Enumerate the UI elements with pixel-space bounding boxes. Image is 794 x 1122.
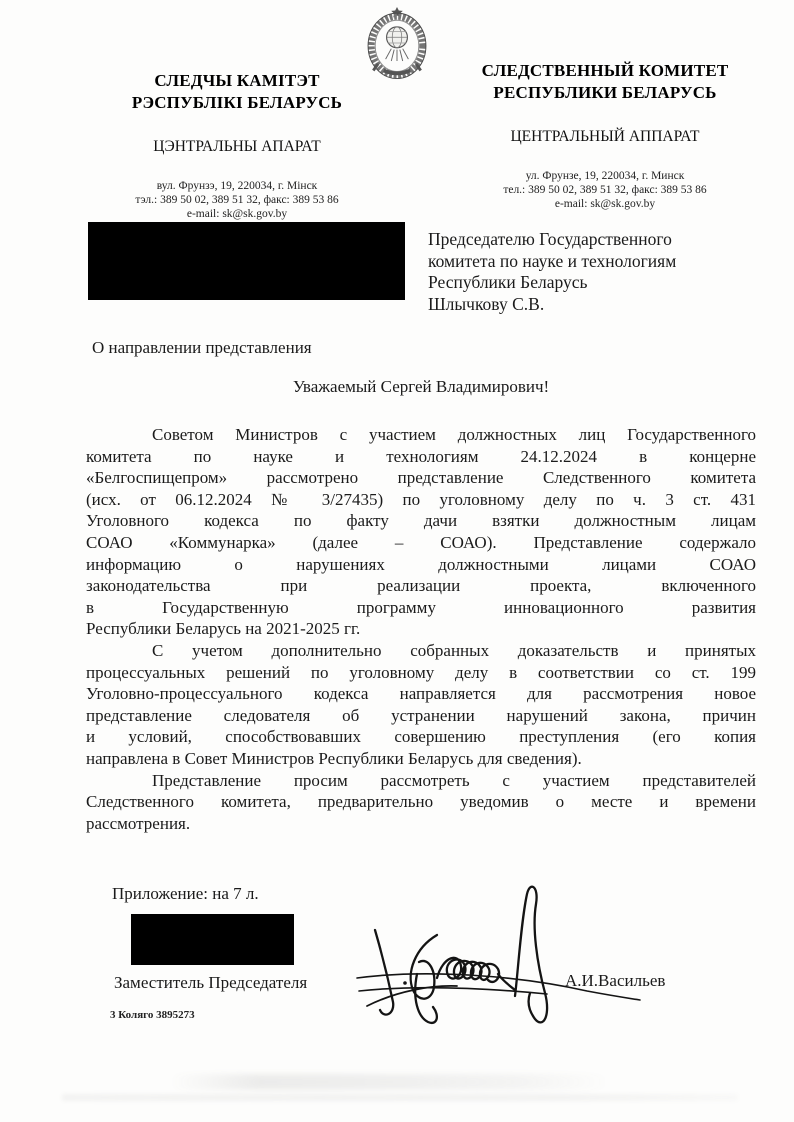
- body-line: направлена в Совет Министров Республики …: [86, 748, 756, 770]
- body-line: С учетом дополнительно собранных доказат…: [86, 640, 756, 662]
- org-name-by: СЛЕДЧЫ КАМІТЭТ РЭСПУБЛІКІ БЕЛАРУСЬ: [72, 70, 402, 114]
- bleed-through-artifact: [170, 1074, 610, 1090]
- dept-name-by: ЦЭНТРАЛЬНЫ АПАРАТ: [72, 136, 402, 158]
- letterhead-belarusian: СЛЕДЧЫ КАМІТЭТ РЭСПУБЛІКІ БЕЛАРУСЬ ЦЭНТР…: [72, 70, 402, 221]
- email-ru: e-mail: sk@sk.gov.by: [440, 197, 770, 211]
- executor-reference: 3 Коляго 3895273: [110, 1009, 195, 1021]
- body-line: (исх. от 06.12.2024 № 3/27435) по уголов…: [86, 489, 756, 511]
- body-line: процессуальных решений по уголовному дел…: [86, 662, 756, 684]
- attachment-note: Приложение: на 7 л.: [112, 884, 259, 904]
- letter-body: Советом Министров с участием должностных…: [86, 424, 756, 834]
- bleed-through-artifact: [62, 1094, 738, 1101]
- body-line: и условий, способствовавших совершению п…: [86, 726, 756, 748]
- salutation: Уважаемый Сергей Владимирович!: [86, 377, 756, 397]
- contact-block-ru: ул. Фрунзе, 19, 220034, г. Минск тел.: 3…: [440, 169, 770, 211]
- coat-of-arms-belarus-icon: [359, 6, 435, 80]
- address-by: вул. Фрунзэ, 19, 220034, г. Мінск: [72, 179, 402, 193]
- letterhead-russian: СЛЕДСТВЕННЫЙ КОМИТЕТ РЕСПУБЛИКИ БЕЛАРУСЬ…: [440, 60, 770, 211]
- body-line: Представление просим рассмотреть с участ…: [86, 770, 756, 792]
- org-name-by-line1: СЛЕДЧЫ КАМІТЭТ: [72, 70, 402, 92]
- redaction-block-signature-area: [131, 914, 294, 965]
- phone-by: тэл.: 389 50 02, 389 51 32, факс: 389 53…: [72, 193, 402, 207]
- org-name-by-line2: РЭСПУБЛІКІ БЕЛАРУСЬ: [72, 92, 402, 114]
- body-line: рассмотрения.: [86, 813, 756, 835]
- org-name-ru-line1: СЛЕДСТВЕННЫЙ КОМИТЕТ: [440, 60, 770, 82]
- email-by: e-mail: sk@sk.gov.by: [72, 207, 402, 221]
- address-ru: ул. Фрунзе, 19, 220034, г. Минск: [440, 169, 770, 183]
- phone-ru: тел.: 389 50 02, 389 51 32, факс: 389 53…: [440, 183, 770, 197]
- body-line: «Белгоспищепром» рассмотрено представлен…: [86, 467, 756, 489]
- body-line: Следственного комитета, предварительно у…: [86, 791, 756, 813]
- body-line: в Государственную программу инновационно…: [86, 597, 756, 619]
- handwritten-signature-scribble: [355, 878, 667, 1053]
- body-line: представление следователя об устранении …: [86, 705, 756, 727]
- body-line: Советом Министров с участием должностных…: [86, 424, 756, 446]
- addressee-line: Республики Беларусь: [428, 272, 748, 294]
- body-line: Республики Беларусь на 2021-2025 гг.: [86, 618, 756, 640]
- subject-line: О направлении представления: [92, 338, 312, 358]
- addressee-line: Председателю Государственного: [428, 229, 748, 251]
- addressee-block: Председателю Государственного комитета п…: [428, 229, 748, 315]
- body-line: законодательства при реализации проекта,…: [86, 575, 756, 597]
- dept-name-ru: ЦЕНТРАЛЬНЫЙ АППАРАТ: [440, 126, 770, 148]
- letter-page: СЛЕДЧЫ КАМІТЭТ РЭСПУБЛІКІ БЕЛАРУСЬ ЦЭНТР…: [0, 0, 794, 1122]
- body-line: комитета по науке и технологиям 24.12.20…: [86, 446, 756, 468]
- signer-title: Заместитель Председателя: [114, 973, 307, 993]
- addressee-line: комитета по науке и технологиям: [428, 251, 748, 273]
- body-line: СОАО «Коммунарка» (далее – СОАО). Предст…: [86, 532, 756, 554]
- body-line: Уголовного кодекса по факту дачи взятки …: [86, 510, 756, 532]
- body-line: Уголовно-процессуального кодекса направл…: [86, 683, 756, 705]
- contact-block-by: вул. Фрунзэ, 19, 220034, г. Мінск тэл.: …: [72, 179, 402, 221]
- body-line: информацию о нарушениях должностными лиц…: [86, 554, 756, 576]
- signer-name: А.И.Васильев: [565, 971, 665, 991]
- org-name-ru-line2: РЕСПУБЛИКИ БЕЛАРУСЬ: [440, 82, 770, 104]
- redaction-block-reference: [88, 222, 405, 300]
- org-name-ru: СЛЕДСТВЕННЫЙ КОМИТЕТ РЕСПУБЛИКИ БЕЛАРУСЬ: [440, 60, 770, 104]
- addressee-line: Шлычкову С.В.: [428, 294, 748, 316]
